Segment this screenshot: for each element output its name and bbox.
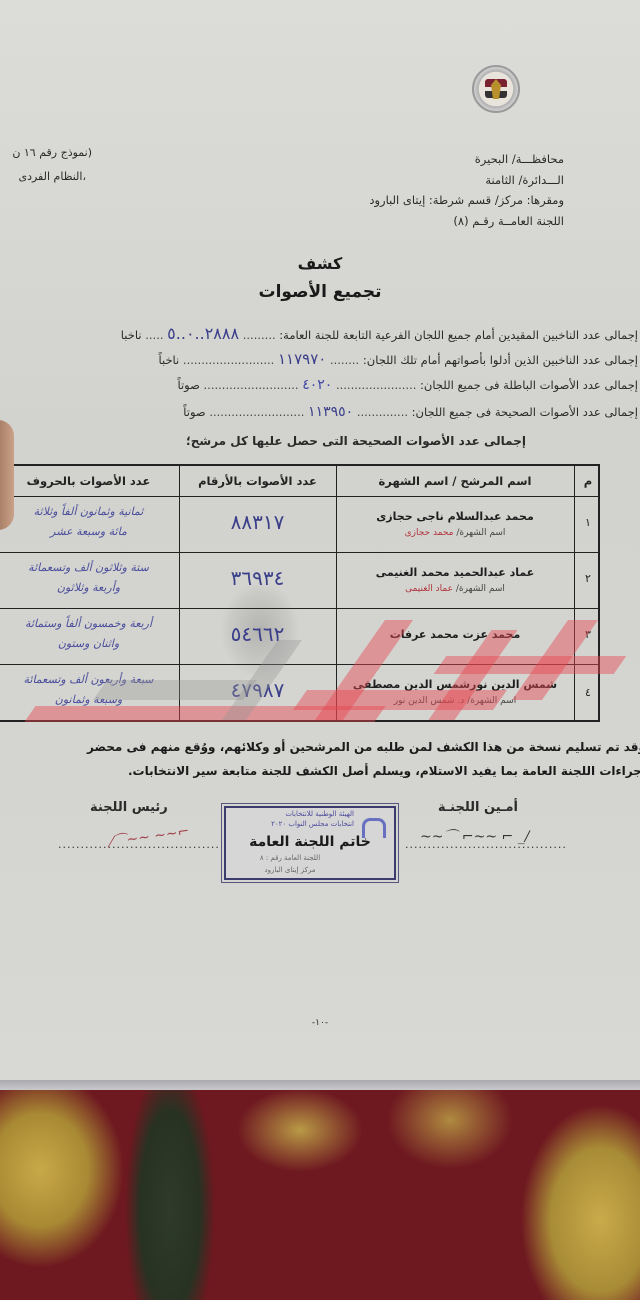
seat-label: ومقرها: مركز/ قسم شرطة: إيتاى البارود — [369, 193, 564, 207]
total-voted-label: إجمالى عدد الناخبين الذين أدلوا بأصواتهم… — [363, 353, 638, 367]
secretary-label: أمـين اللجنـة — [438, 800, 518, 815]
total-voted-unit: ناخباً — [158, 353, 179, 367]
row-4-index: ٤ — [574, 686, 602, 699]
total-valid-label: إجمالى عدد الأصوات الصحيحة فى جميع اللجا… — [412, 405, 638, 419]
total-voted-row: إجمالى عدد الناخبين الذين أدلوا بأصواتهم… — [0, 350, 638, 368]
row-3-votes-digits: ٥٤٦٦٢ — [179, 622, 336, 646]
document-subtitle: تجميع الأصوات — [0, 282, 640, 302]
secretary-signature: ~~⌒ ⌐~~ ⌐ _/ — [420, 826, 529, 846]
total-registered-value: ٢٨٨٨..٠..٥ — [167, 324, 239, 343]
finger-holding-paper — [0, 420, 14, 530]
row-1-votes-words: ثمانية وثمانون ألفاً وثلاثة مائة وسبعة ع… — [0, 502, 179, 542]
candidates-table: م اسم المرشح / اسم الشهرة عدد الأصوات با… — [0, 464, 600, 722]
electoral-system-label: ،النظام الفردى — [0, 170, 86, 183]
egypt-emblem-logo — [472, 65, 520, 113]
row-3-index: ٣ — [574, 628, 602, 641]
header-index: م — [574, 474, 602, 488]
total-valid-row: إجمالى عدد الأصوات الصحيحة فى جميع اللجا… — [0, 404, 638, 420]
total-invalid-value: ٤٠٢٠ — [302, 377, 332, 393]
footer-note-line-2: إجراءات اللجنة العامة بما يفيد الاستلام،… — [128, 764, 640, 778]
total-valid-value: ١١٣٩٥٠ — [308, 404, 353, 420]
row-2-index: ٢ — [574, 572, 602, 585]
total-invalid-row: إجمالى عدد الأصوات الباطلة فى جميع اللجا… — [0, 377, 638, 393]
row-2-alias: اسم الشهرة/ عماد الغنيمى — [336, 584, 574, 594]
total-invalid-label: إجمالى عدد الأصوات الباطلة فى جميع اللجا… — [420, 378, 638, 392]
row-1-votes-digits: ٨٨٣١٧ — [179, 510, 336, 534]
total-voted-value: ١١٧٩٧٠ — [278, 350, 326, 368]
document-page: محافظـــة/ البحيرة الـــدائرة/ الثامنة و… — [0, 0, 640, 1092]
district-label: الـــدائرة/ الثامنة — [485, 173, 564, 187]
row-1-index: ١ — [574, 516, 602, 529]
header-votes-digits: عدد الأصوات بالأرقام — [179, 474, 336, 488]
total-registered-unit: ناخبا — [121, 328, 142, 342]
table-intro: إجمالى عدد الأصوات الصحيحة التى حصل عليه… — [186, 434, 526, 448]
row-4-alias: اسم الشهرة/ د. شمس الدين نور — [336, 696, 574, 706]
committee-label: اللجنة العامــة رقـم (٨) — [453, 214, 564, 228]
governorate-label: محافظـــة/ البحيرة — [475, 152, 564, 166]
general-committee-stamp: الهيئة الوطنية للانتخابات انتخابات مجلس … — [224, 806, 396, 880]
total-valid-unit: صوتاً — [183, 405, 205, 419]
row-1-candidate-name: محمد عبدالسلام ناجى حجازى — [336, 510, 574, 523]
total-registered-label: إجمالى عدد الناخبين المقيدين أمام جميع ا… — [279, 328, 638, 342]
row-3-votes-words: أربعة وخمسون ألفاً وستمائة واثنان وستون — [0, 614, 179, 654]
header-votes-words: عدد الأصوات بالحروف — [0, 474, 179, 488]
row-2-votes-digits: ٣٦٩٣٤ — [179, 566, 336, 590]
row-4-candidate-name: شمس الدين نورشمس الدين مصطفى — [336, 678, 574, 691]
row-4-votes-digits: ٤٧٩٨٧ — [179, 678, 336, 702]
row-2-candidate-name: عماد عبدالحميد محمد الغنيمى — [336, 566, 574, 579]
chairman-label: رئيس اللجنة — [90, 800, 168, 815]
form-number-label: (نموذج رقم ١٦ ن — [0, 146, 92, 159]
row-3-candidate-name: محمد عزت محمد عرفات — [336, 628, 574, 641]
footer-note-line-1: وقد تم تسليم نسخة من هذا الكشف لمن طلبه … — [87, 740, 640, 754]
carpet-background — [0, 1090, 640, 1300]
page-number: -١٠- — [0, 1018, 640, 1028]
document-title: كشف — [0, 254, 640, 273]
header-name: اسم المرشح / اسم الشهرة — [336, 474, 574, 488]
row-1-alias: اسم الشهرة/ محمد حجازى — [336, 528, 574, 538]
row-2-votes-words: ستة وثلاثون ألف وتسعمائة وأربعة وثلاثون — [0, 558, 179, 598]
row-4-votes-words: سبعة وأربعون ألف وتسعمائة وسبعة وثمانون — [0, 670, 179, 710]
total-invalid-unit: صوتاً — [177, 378, 199, 392]
total-registered-row: إجمالى عدد الناخبين المقيدين أمام جميع ا… — [0, 324, 638, 343]
